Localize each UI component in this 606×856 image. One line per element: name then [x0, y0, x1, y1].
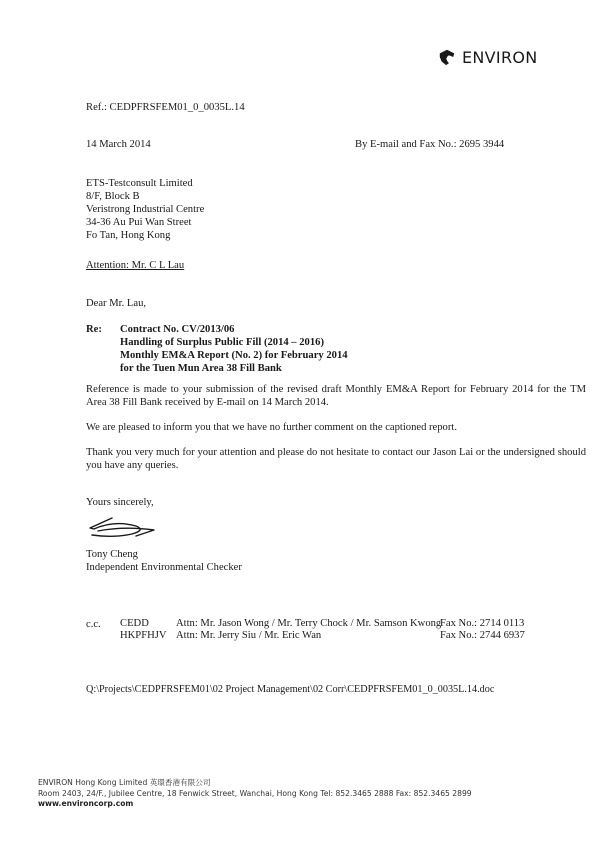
subject-line: Contract No. CV/2013/06 — [120, 323, 348, 336]
subject-line: Monthly EM&A Report (No. 2) for February… — [120, 349, 348, 362]
letterhead-footer: ENVIRON Hong Kong Limited 英環香港有限公司 Room … — [38, 778, 472, 810]
reference-number: Ref.: CEDPFRSFEM01_0_0035L.14 — [86, 101, 245, 114]
cc-fax: Fax No.: 2744 6937 — [440, 629, 525, 642]
address-line: Veristrong Industrial Centre — [86, 203, 204, 216]
delivery-method: By E-mail and Fax No.: 2695 3944 — [355, 138, 504, 151]
address-line: 8/F, Block B — [86, 190, 204, 203]
subject-line: for the Tuen Mun Area 38 Fill Bank — [120, 362, 348, 375]
letter-date: 14 March 2014 — [86, 138, 151, 151]
address-line: 34-36 Au Pui Wan Street — [86, 216, 204, 229]
footer-address: Room 2403, 24/F., Jubilee Centre, 18 Fen… — [38, 789, 472, 800]
cc-org: HKPFHJV — [120, 629, 167, 642]
body-paragraph: We are pleased to inform you that we hav… — [86, 421, 586, 434]
company-logo: ENVIRON — [438, 48, 538, 66]
environ-triangle-logo-icon — [438, 48, 456, 66]
footer-company: ENVIRON Hong Kong Limited 英環香港有限公司 — [38, 778, 472, 789]
signer-block: Tony Cheng Independent Environmental Che… — [86, 548, 242, 574]
handwritten-signature-icon — [84, 514, 164, 546]
attention-line: Attention: Mr. C L Lau — [86, 259, 184, 272]
cc-attn: Attn: Mr. Jerry Siu / Mr. Eric Wan — [176, 629, 321, 642]
recipient-address: ETS-Testconsult Limited 8/F, Block B Ver… — [86, 177, 204, 242]
subject-block: Contract No. CV/2013/06 Handling of Surp… — [120, 323, 348, 375]
address-line: Fo Tan, Hong Kong — [86, 229, 204, 242]
subject-label: Re: — [86, 323, 102, 336]
body-paragraph: Thank you very much for your attention a… — [86, 446, 586, 472]
footer-website: www.environcorp.com — [38, 799, 472, 810]
salutation: Dear Mr. Lau, — [86, 297, 146, 310]
logo-text: ENVIRON — [462, 51, 538, 64]
cc-label: c.c. — [86, 618, 101, 631]
subject-line: Handling of Surplus Public Fill (2014 – … — [120, 336, 348, 349]
closing: Yours sincerely, — [86, 496, 154, 509]
signer-title: Independent Environmental Checker — [86, 561, 242, 574]
body-paragraph: Reference is made to your submission of … — [86, 383, 586, 409]
address-line: ETS-Testconsult Limited — [86, 177, 204, 190]
file-path: Q:\Projects\CEDPFRSFEM01\02 Project Mana… — [86, 683, 494, 696]
signer-name: Tony Cheng — [86, 548, 242, 561]
